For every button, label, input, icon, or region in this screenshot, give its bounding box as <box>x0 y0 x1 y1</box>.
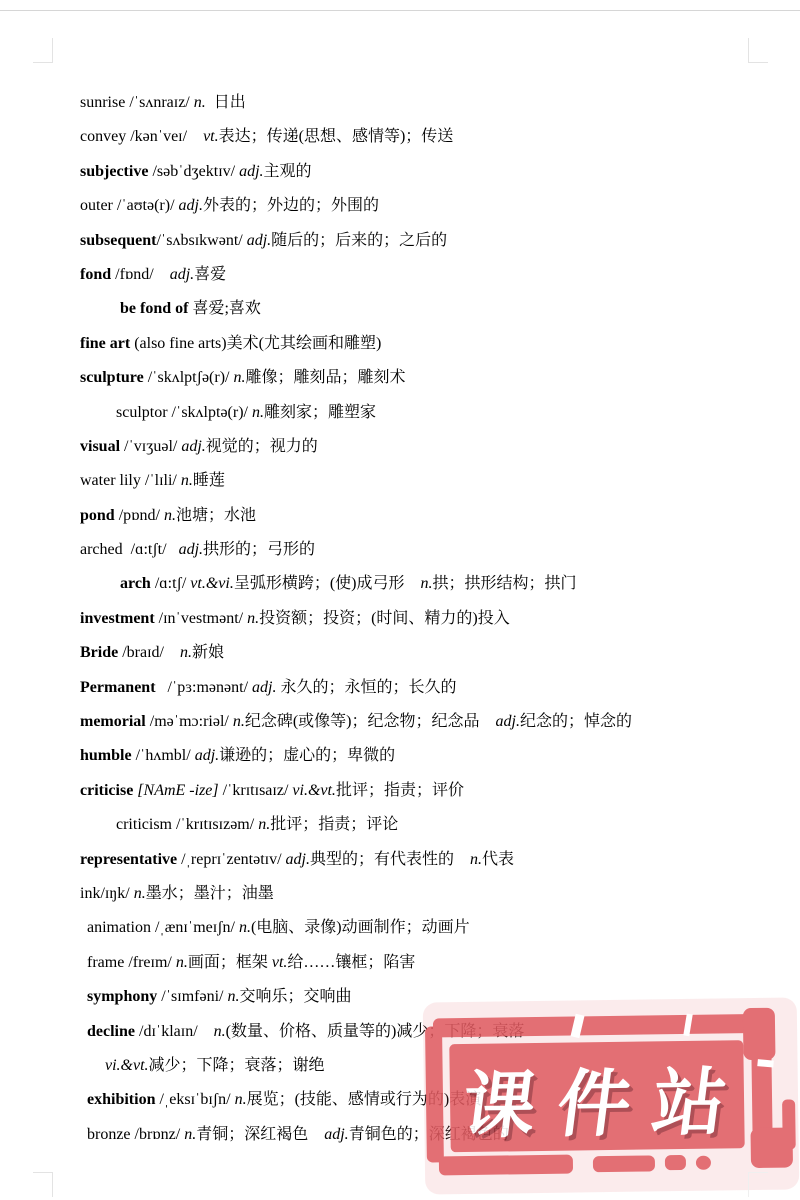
vocab-line: fond /fɒnd/ adj.喜爱 <box>80 258 770 292</box>
vocabulary-list: sunrise /ˈsʌnraɪz/ n. 日出convey /kənˈveɪ/… <box>80 86 770 1152</box>
vocab-line: outer /ˈaʊtə(r)/ adj.外表的；外边的；外围的 <box>80 189 770 223</box>
vocab-line: subjective /səbˈdʒektɪv/ adj.主观的 <box>80 155 770 189</box>
vocab-line: sculptor /ˈskʌlptə(r)/ n.雕刻家；雕塑家 <box>116 396 770 430</box>
watermark-stamp: 课件站 <box>423 997 800 1194</box>
vocab-line: arch /ɑ:tʃ/ vt.&vi.呈弧形横跨；(使)成弓形 n.拱；拱形结构… <box>120 567 770 601</box>
vocab-line: humble /ˈhʌmbl/ adj.谦逊的；虚心的；卑微的 <box>80 739 770 773</box>
vocab-line: investment /ɪnˈvestmənt/ n.投资额；投资；(时间、精力… <box>80 602 770 636</box>
vocab-line: Bride /braɪd/ n.新娘 <box>80 636 770 670</box>
vocab-line: sunrise /ˈsʌnraɪz/ n. 日出 <box>80 86 770 120</box>
page-corner-mark-bottom-left <box>33 1172 53 1197</box>
page-corner-mark-top-left <box>33 38 53 63</box>
vocab-line: Permanent /ˈpɜ:mənənt/ adj. 永久的；永恒的；长久的 <box>80 671 770 705</box>
vocab-line: criticise [NAmE -ize] /ˈkrɪtɪsaɪz/ vi.&v… <box>80 774 770 808</box>
vocab-line: fine art (also fine arts)美术(尤其绘画和雕塑) <box>80 327 770 361</box>
stamp-border-bottom-segment <box>439 1155 573 1176</box>
vocab-line: water lily /ˈlɪli/ n.睡莲 <box>80 464 770 498</box>
vocab-line: be fond of 喜爱;喜欢 <box>120 292 770 326</box>
page-corner-mark-bottom-right <box>748 1172 768 1197</box>
page-corner-mark-top-right <box>748 38 768 63</box>
vocab-line: convey /kənˈveɪ/ vt.表达；传递(思想、感情等)；传送 <box>80 120 770 154</box>
vocab-line: ink/ɪŋk/ n.墨水；墨汁；油墨 <box>80 877 770 911</box>
vocab-line: memorial /məˈmɔ:riəl/ n.纪念碑(或像等)；纪念物；纪念品… <box>80 705 770 739</box>
vocab-line: sculpture /ˈskʌlptʃə(r)/ n.雕像；雕刻品；雕刻术 <box>80 361 770 395</box>
vocab-line: pond /pɒnd/ n.池塘；水池 <box>80 499 770 533</box>
page-top-edge <box>0 10 800 11</box>
vocab-line: visual /ˈvɪʒuəl/ adj.视觉的；视力的 <box>80 430 770 464</box>
stamp-text: 课件站 <box>423 1042 770 1153</box>
vocab-line: subsequent/ˈsʌbsɪkwənt/ adj.随后的；后来的；之后的 <box>80 224 770 258</box>
vocab-line: representative /ˌreprɪˈzentətɪv/ adj.典型的… <box>80 843 770 877</box>
vocab-line: criticism /ˈkrɪtɪsɪzəm/ n.批评；指责；评论 <box>116 808 770 842</box>
vocab-line: frame /freɪm/ n.画面；框架 vt.给……镶框；陷害 <box>87 946 770 980</box>
stamp-border-bottom-segment <box>665 1155 686 1170</box>
vocab-line: animation /ˌænɪˈmeɪʃn/ n.(电脑、录像)动画制作；动画片 <box>87 911 770 945</box>
stamp-border-bottom-segment <box>593 1155 655 1172</box>
vocab-line: arched /ɑ:tʃt/ adj.拱形的；弓形的 <box>80 533 770 567</box>
